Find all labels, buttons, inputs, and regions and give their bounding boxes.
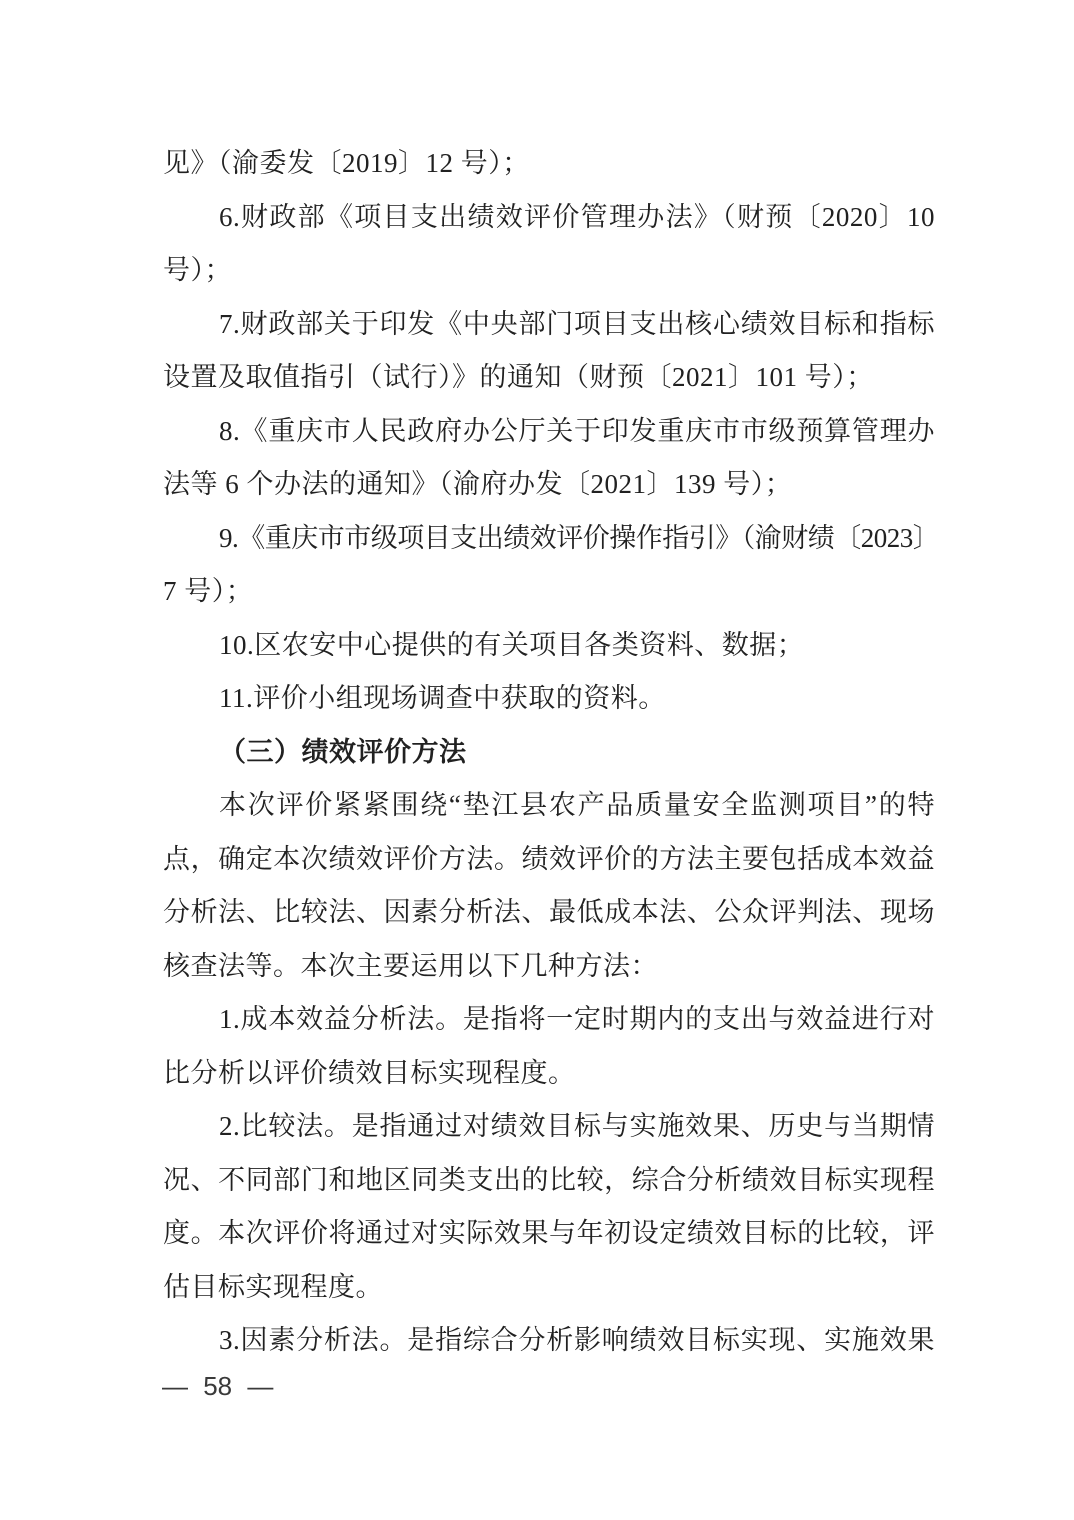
text-line: 8.《重庆市人民政府办公厅关于印发重庆市市级预算管理办 xyxy=(163,405,935,459)
text-line: 2.比较法。是指通过对绩效目标与实施效果、历史与当期情 xyxy=(163,1100,935,1154)
text-line: 6.财政部《项目支出绩效评价管理办法》（财预〔2020〕10 xyxy=(163,191,935,245)
text-line: 估目标实现程度。 xyxy=(163,1261,935,1315)
text-line: 11.评价小组现场调查中获取的资料。 xyxy=(163,672,935,726)
text-line: （三）绩效评价方法 xyxy=(163,726,935,780)
text-line: 见》（渝委发〔2019〕12 号）； xyxy=(163,137,935,191)
page-footer: — 58 — xyxy=(162,1370,273,1402)
text-line: 况、不同部门和地区同类支出的比较，综合分析绩效目标实现程 xyxy=(163,1154,935,1208)
text-line: 1.成本效益分析法。是指将一定时期内的支出与效益进行对 xyxy=(163,993,935,1047)
text-line: 点，确定本次绩效评价方法。绩效评价的方法主要包括成本效益 xyxy=(163,833,935,887)
text-line: 设置及取值指引（试行）》的通知（财预〔2021〕101 号）； xyxy=(163,351,935,405)
text-line: 本次评价紧紧围绕“垫江县农产品质量安全监测项目”的特 xyxy=(163,779,935,833)
document-body-text: 见》（渝委发〔2019〕12 号）；6.财政部《项目支出绩效评价管理办法》（财预… xyxy=(163,137,935,1368)
text-line: 度。本次评价将通过对实际效果与年初设定绩效目标的比较，评 xyxy=(163,1207,935,1261)
text-line: 号）； xyxy=(163,244,935,298)
text-line: 分析法、比较法、因素分析法、最低成本法、公众评判法、现场 xyxy=(163,886,935,940)
document-page: 见》（渝委发〔2019〕12 号）；6.财政部《项目支出绩效评价管理办法》（财预… xyxy=(0,0,1074,1520)
text-line: 3.因素分析法。是指综合分析影响绩效目标实现、实施效果 xyxy=(163,1314,935,1368)
text-line: 7.财政部关于印发《中央部门项目支出核心绩效目标和指标 xyxy=(163,298,935,352)
text-line: 10.区农安中心提供的有关项目各类资料、数据； xyxy=(163,619,935,673)
text-line: 9.《重庆市市级项目支出绩效评价操作指引》（渝财绩〔2023〕 xyxy=(163,512,935,566)
page-number: — 58 — xyxy=(162,1371,273,1401)
text-line: 比分析以评价绩效目标实现程度。 xyxy=(163,1047,935,1101)
text-line: 法等 6 个办法的通知》（渝府办发〔2021〕139 号）； xyxy=(163,458,935,512)
text-line: 核查法等。本次主要运用以下几种方法： xyxy=(163,940,935,994)
text-line: 7 号）； xyxy=(163,565,935,619)
